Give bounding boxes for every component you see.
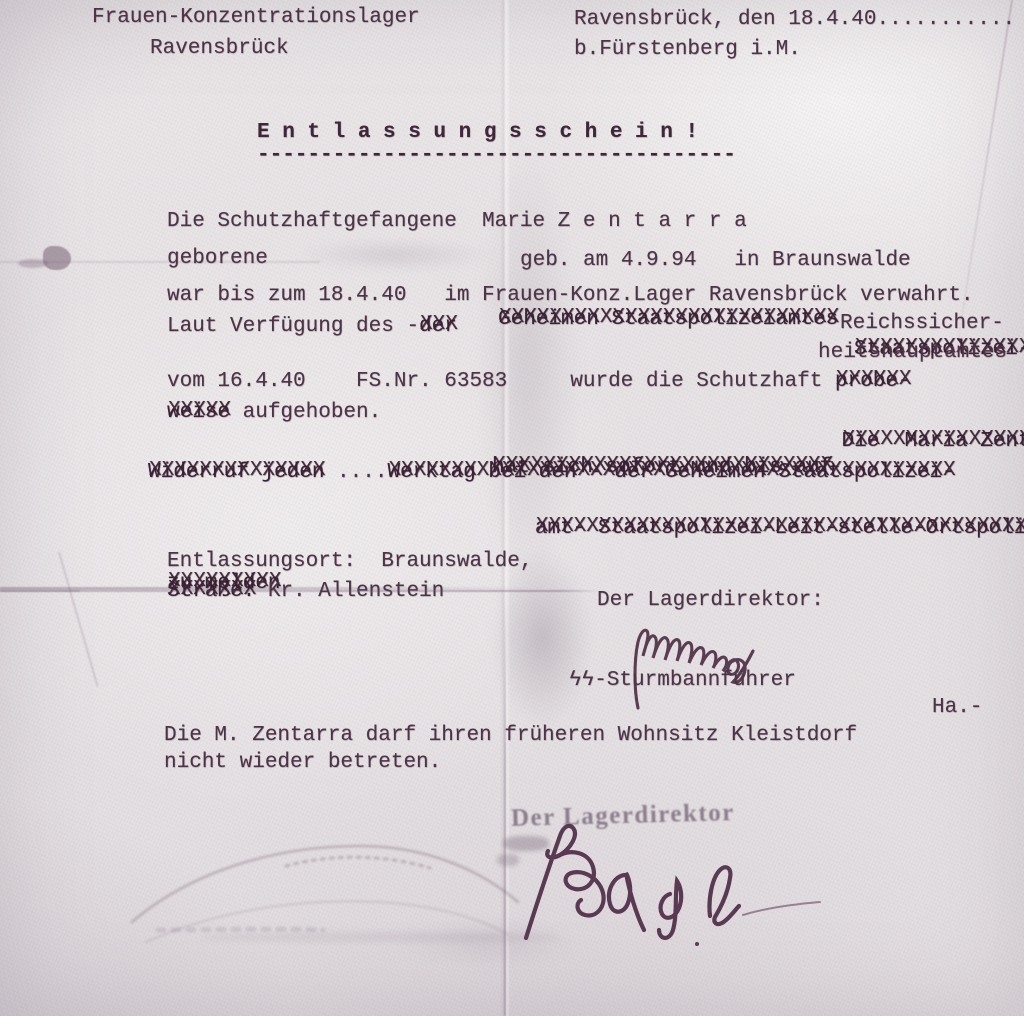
verfuegung-text: Laut Verfügung des - [167,315,419,338]
struck-probe: probe- [835,369,911,395]
struck-strasse: Straße: [167,579,255,605]
order-text: vom 16.4.40 FS.Nr. 63583 wurde die Schut… [167,370,835,393]
director-signature [592,610,807,715]
struck-widerruf: Widerruf jeden [148,460,324,486]
struck-der: der [419,314,457,340]
struck-amt-ortspolizei: amt- Staatspolizei-Leit-stelle-Ortspoliz… [535,516,1024,542]
document-scan: Frauen-Konzentrationslager Ravensbrück R… [0,0,1024,1016]
body-line-aufgehoben: weise aufgehoben. [167,400,381,426]
aufgehoben-text: aufgehoben. [230,401,381,424]
letterhead-line1: Frauen-Konzentrationslager [92,5,420,31]
body-heitshauptamtes: heitshauptamtes [818,340,1007,366]
fold-shadow [295,238,495,272]
title-underline: -------------------------------------- [257,143,736,169]
restriction-line2: nicht wieder betreten. [164,750,441,776]
rank-line: ϟϟ-Sturmbannführer [569,668,796,694]
body-line-verfuegung: Laut Verfügung des -der [167,314,457,340]
struck-werktag: Werktag bei den - der Geheimen Staatspol… [387,460,954,486]
body-reichssicher: Reichssicher- [840,311,1004,337]
body-line-prisoner: Die Schutzhaftgefangene Marie Z e n t a … [167,209,747,235]
body-line-strasse: Straße: Kr. Allenstein [167,579,444,605]
body-line-entlassungsort: Entlassungsort: Braunswalde, [167,549,532,575]
body-line-birth: geb. am 4.9.94 in Braunswalde [520,248,911,274]
ink-speck [43,246,71,270]
ink-signature [500,818,830,953]
dateline: Ravensbrück, den 18.4.40........... [574,7,1015,33]
oval-stamp-outline [118,812,538,962]
horizontal-crease-faint [0,261,320,263]
diagonal-crease-left [58,552,99,687]
body-line-widerruf: Widerruf jeden ....Werktag bei den - der… [148,460,955,486]
kreis-text: Kr. Allenstein [255,580,444,603]
initials: Ha.- [932,695,982,721]
struck-die-maria: Die Maria Zentarra [842,429,1024,455]
dots-text: .... [324,461,387,484]
ink-smudge [18,259,48,268]
body-line-geborene: geborene [167,246,268,272]
restriction-line1: Die M. Zentarra darf ihren früheren Wohn… [164,723,857,749]
letterhead-line2: Ravensbrück [150,36,289,62]
struck-weise: weise [167,400,230,426]
body-line-custody: war bis zum 18.4.40 im Frauen-Konz.Lager… [167,283,974,309]
body-line-order: vom 16.4.40 FS.Nr. 63583 wurde die Schut… [167,369,911,395]
place-line: b.Fürstenberg i.M. [574,37,801,63]
struck-gestapo-office: Geheimen Staatspolizeiamtes [498,307,838,333]
